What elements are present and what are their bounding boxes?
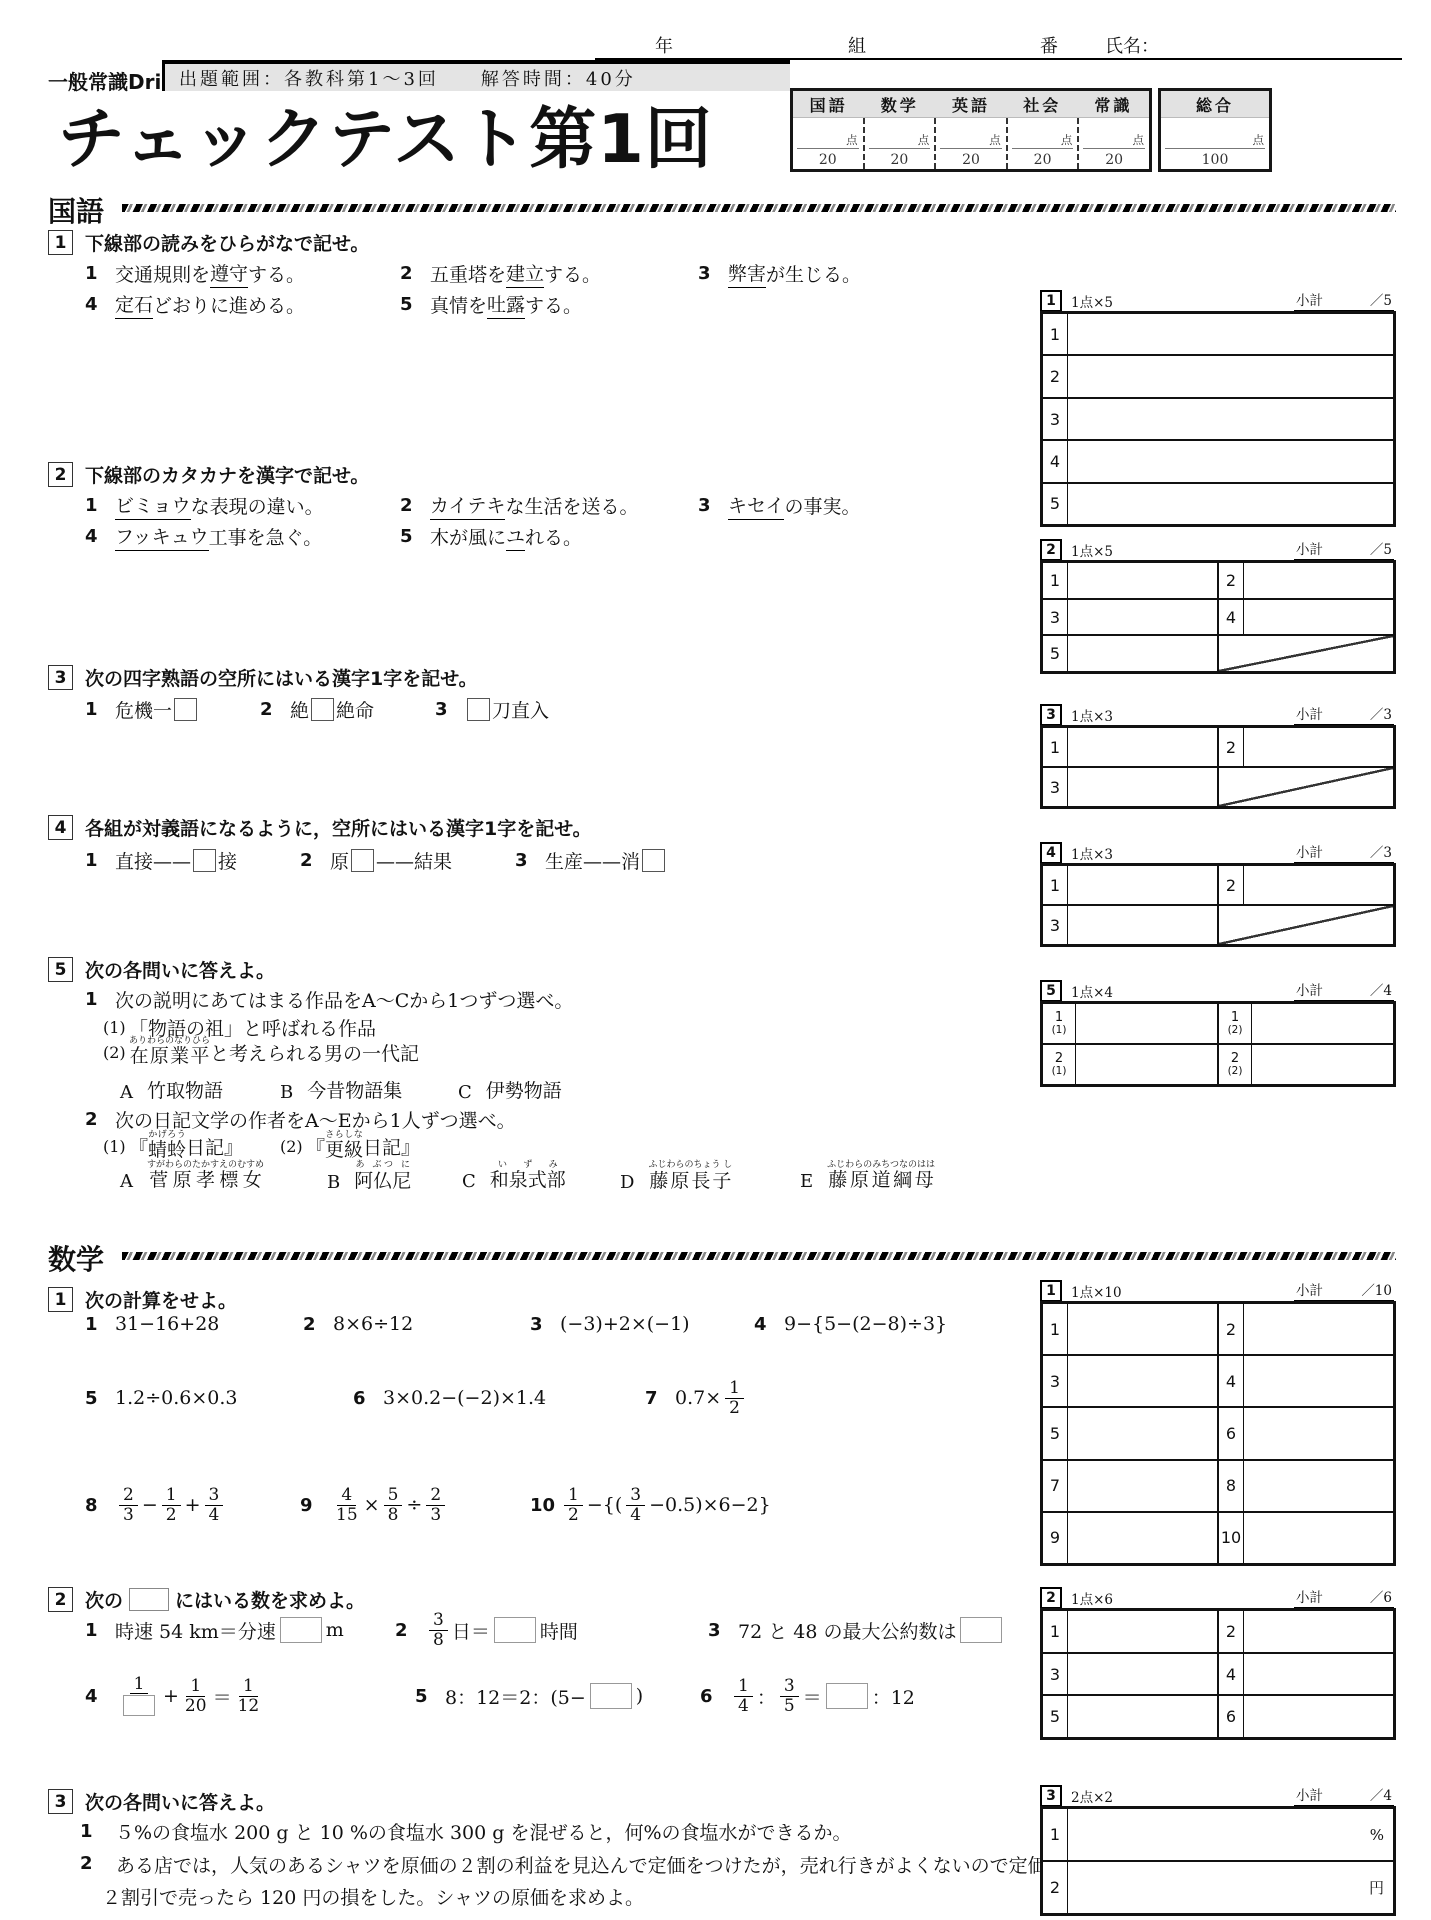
- answer-row: 2(1) 2(2): [1043, 1043, 1393, 1084]
- answer-row: 1 2: [1043, 1304, 1393, 1354]
- fraction: 12: [564, 1486, 583, 1524]
- question-item: 5真情を吐露する。: [400, 290, 582, 319]
- fraction: 58: [384, 1486, 403, 1524]
- text-run: 生産——消: [545, 847, 640, 874]
- choice: E藤原道綱母ふじわらのみちつなのはは: [800, 1160, 935, 1192]
- point-label: 点: [846, 132, 858, 148]
- item-number: 1: [85, 495, 115, 516]
- subtotal-label: 小計: [1296, 703, 1323, 723]
- answer-cell: [1252, 1004, 1393, 1043]
- answer-header-sugaku3: 3 2点×2 小計／4: [1040, 1786, 1396, 1806]
- subtotal-max: ／6: [1370, 1586, 1392, 1606]
- subtotal: 小計／4: [1294, 1784, 1394, 1806]
- choice-text: 竹取物語: [147, 1076, 223, 1103]
- item-text: 9−{5−(2−8)÷3}: [784, 1313, 947, 1335]
- answer-row: 1: [1043, 314, 1393, 354]
- item-number: 6: [353, 1388, 383, 1409]
- text-run: 1.2÷0.6×0.3: [115, 1387, 238, 1409]
- question-number-box: 1: [48, 230, 73, 255]
- subtotal-label: 小計: [1296, 1586, 1323, 1606]
- sub-prompt: 次の日記文学の作者をA～Eから1人ずつ選べ。: [115, 1106, 516, 1133]
- text-run: 0.7×: [675, 1387, 721, 1409]
- subject-max: 20: [1008, 152, 1078, 168]
- name-line: 年 組 番 氏名：: [595, 28, 1402, 60]
- subtotal: 小計／4: [1294, 979, 1394, 1001]
- class-label: 組: [848, 32, 866, 58]
- row-half: 2: [1217, 866, 1393, 904]
- answer-cell: [1068, 1356, 1217, 1406]
- answer-grid-kokugo4: 1 2 3: [1040, 863, 1396, 947]
- item-text: 木が風にユれる。: [430, 522, 582, 551]
- answer-cell: [1068, 1611, 1217, 1652]
- row-half: 10: [1217, 1513, 1393, 1563]
- row-half: 1: [1043, 563, 1217, 598]
- row-half: 3: [1043, 768, 1217, 806]
- answer-row: 1 2: [1043, 1611, 1393, 1652]
- item-number: 8: [85, 1495, 115, 1516]
- row-half: 5: [1043, 636, 1217, 671]
- item-text: 3×0.2−(−2)×1.4: [383, 1387, 546, 1409]
- question-number-box: 1: [48, 1287, 73, 1312]
- subtotal-max: ／4: [1370, 1784, 1392, 1804]
- row-label: 1(2): [1219, 1004, 1252, 1043]
- score-table-body: 点20 点20 点20 点20 点20: [793, 118, 1149, 169]
- answer-number-box: 1: [1040, 1280, 1062, 1302]
- answer-cell: [1068, 399, 1393, 439]
- kokugo-q1-header: 1 下線部の読みをひらがなで記せ。: [48, 229, 369, 256]
- math-item: 51.2÷0.6×0.3: [85, 1374, 238, 1422]
- item-number: 3: [698, 263, 728, 284]
- text-run: 31−16+28: [115, 1313, 219, 1335]
- ruby-text: 在原業平ありわらのなりひら: [129, 1036, 210, 1068]
- question-number-box: 3: [48, 665, 73, 690]
- answer-grid-kokugo3: 1 2 3: [1040, 725, 1396, 809]
- text-run: 危機一: [115, 696, 172, 723]
- underlined-text: フッキュウ: [115, 522, 209, 551]
- row-label: 1: [1043, 314, 1068, 354]
- text-run: 『: [129, 1133, 148, 1160]
- item-number: 4: [85, 1686, 115, 1707]
- row-label: 2: [1219, 1611, 1244, 1652]
- answer-cell: [1244, 600, 1393, 635]
- score-cell: 点20: [1006, 118, 1078, 169]
- choice-text: 藤原道綱母: [827, 1169, 935, 1191]
- answer-cell: [1244, 1611, 1393, 1652]
- unit-label: %: [1370, 1826, 1393, 1844]
- subject-max: 20: [865, 152, 935, 168]
- point-label: 点: [918, 132, 930, 148]
- row-label: 5: [1043, 1408, 1068, 1458]
- text-run: 72 と 48 の最大公約数は: [738, 1617, 956, 1644]
- fraction: 12: [725, 1379, 744, 1417]
- subtotal: 小計／3: [1294, 841, 1394, 863]
- row-label: 1: [1043, 728, 1068, 766]
- row-label: 1: [1043, 1304, 1068, 1354]
- question-number-box: 4: [48, 815, 73, 840]
- item-text: 415×58÷23: [330, 1486, 449, 1524]
- subject-label: 常識: [1078, 91, 1149, 117]
- blank-box: [193, 849, 216, 872]
- text-run: 日＝: [452, 1617, 490, 1644]
- item-text: カイテキな生活を送る。: [430, 491, 638, 520]
- question-prompt: 各組が対義語になるように，空所にはいる漢字1字を記せ。: [85, 814, 592, 841]
- item-text: 絶絶命: [290, 696, 374, 723]
- question-item: (1)『蜻蛉かげろう日記』: [103, 1130, 243, 1162]
- math-item: 1時速 54 km＝分速m: [85, 1606, 344, 1654]
- diagonal-cell: [1217, 906, 1393, 944]
- item-number: 4: [754, 1314, 784, 1335]
- ruby-text: 菅原孝標女すがわらのたかすえのむすめ: [147, 1160, 264, 1192]
- answer-number-box: 1: [1040, 290, 1062, 312]
- item-number: (1): [103, 1137, 129, 1156]
- answer-grid-kokugo5: 1(1) 1(2) 2(1) 2(2): [1040, 1001, 1396, 1087]
- row-label: 2: [1219, 1304, 1244, 1354]
- subtotal: 小計／5: [1294, 538, 1394, 560]
- answer-cell: [1076, 1045, 1217, 1084]
- subtotal: 小計／6: [1294, 1586, 1394, 1608]
- choice-label: E: [800, 1171, 813, 1192]
- answer-cell: [1244, 1654, 1393, 1695]
- item-text: ビミョウな表現の違い。: [115, 491, 324, 520]
- score-line: [940, 148, 1002, 149]
- underlined-text: ユ: [506, 522, 525, 551]
- item-number: 4: [85, 526, 115, 547]
- text-run: 絶: [290, 696, 309, 723]
- row-half: 2(1): [1043, 1045, 1217, 1084]
- item-number: 9: [300, 1495, 330, 1516]
- unit-label: 円: [1369, 1877, 1393, 1898]
- score-line: [797, 148, 859, 149]
- fraction: 1: [119, 1675, 159, 1718]
- question-item: 2カイテキな生活を送る。: [400, 491, 638, 520]
- answer-cell: [1068, 1696, 1217, 1737]
- item-text: 31−16+28: [115, 1313, 219, 1335]
- kokugo-q4-header: 4 各組が対義語になるように，空所にはいる漢字1字を記せ。: [48, 814, 592, 841]
- year-label: 年: [655, 32, 673, 58]
- subtotal-label: 小計: [1296, 1279, 1323, 1299]
- answer-row: 7 8: [1043, 1459, 1393, 1511]
- score-cell: 点20: [793, 118, 863, 169]
- number-label: 番: [1040, 32, 1058, 58]
- item-number: 2: [85, 1109, 115, 1130]
- item-text: 在原業平ありわらのなりひらと考えられる男の一代記: [129, 1036, 419, 1068]
- question-prompt: 下線部のカタカナを漢字で記せ。: [85, 461, 369, 488]
- answer-header-sugaku2: 2 1点×6 小計／6: [1040, 1588, 1396, 1608]
- subject-max: 20: [1079, 152, 1149, 168]
- choice: D藤原長子ふじわらのちょう し: [620, 1160, 732, 1193]
- sub-question: 1次の説明にあてはまる作品をA～Cから1つずつ選べ。: [85, 986, 573, 1013]
- choice: A竹取物語: [120, 1076, 223, 1103]
- total-max: 100: [1161, 152, 1269, 168]
- text-run: と考えられる男の一代記: [210, 1039, 419, 1066]
- item-number: 3: [515, 850, 545, 871]
- item-text: 14：35＝：12: [730, 1677, 915, 1715]
- row-label: 2(2): [1219, 1045, 1252, 1084]
- question-item: (2)『更級さらしな日記』: [280, 1130, 420, 1162]
- score-line: [1012, 148, 1074, 149]
- item-text: キセイの事実。: [728, 491, 860, 520]
- question-item: 3生産——消: [515, 845, 667, 875]
- item-number: 10: [530, 1495, 560, 1516]
- fraction: 34: [626, 1486, 645, 1524]
- answer-cell: [1244, 1304, 1393, 1354]
- answer-cell: [1068, 356, 1393, 396]
- item-text: 時速 54 km＝分速m: [115, 1617, 344, 1644]
- text-run: 木が風に: [430, 523, 506, 550]
- row-label: 1: [1043, 1611, 1068, 1652]
- text-run: 8×6÷12: [333, 1313, 413, 1335]
- math-word-item: 2 ある店では，人気のあるシャツを原価の２割の利益を見込んで定価をつけたが，売れ…: [80, 1850, 1080, 1915]
- score-cell: 点20: [934, 118, 1006, 169]
- answer-header-kokugo4: 4 1点×3 小計／3: [1040, 843, 1396, 863]
- subject-max: 20: [793, 152, 863, 168]
- answer-row: 2: [1043, 354, 1393, 396]
- diagonal-cell: [1217, 768, 1393, 806]
- row-half: 2: [1217, 1611, 1393, 1652]
- row-label: 2(1): [1043, 1045, 1076, 1084]
- text-run: する。: [525, 291, 582, 318]
- answer-cell: [1068, 906, 1217, 944]
- row-label: 4: [1219, 1654, 1244, 1695]
- row-label: 5: [1043, 484, 1068, 524]
- subtotal-label: 小計: [1296, 1784, 1323, 1804]
- math-item: 238日＝時間: [395, 1606, 578, 1654]
- subtotal-max: ／4: [1370, 979, 1392, 999]
- kokugo-q5-header: 5 次の各問いに答えよ。: [48, 956, 275, 983]
- row-label: 8: [1219, 1461, 1244, 1511]
- item-number: (1): [103, 1018, 129, 1037]
- item-number: 2: [395, 1620, 425, 1641]
- answer-row: 4: [1043, 439, 1393, 481]
- choice-label: C: [462, 1171, 476, 1192]
- text-run: 日記』: [186, 1133, 243, 1160]
- subtotal-max: ／3: [1370, 703, 1392, 723]
- text-run: 交通規則を: [115, 260, 210, 287]
- item-number: (2): [280, 1137, 306, 1156]
- blank-box: [351, 849, 374, 872]
- answer-row: 3 4: [1043, 598, 1393, 635]
- text-run: 五重塔を: [430, 260, 506, 287]
- answer-row: 2円: [1043, 1860, 1393, 1913]
- blank-box: [960, 1617, 1002, 1643]
- answer-cell: [1244, 1356, 1393, 1406]
- row-half: 3: [1043, 1654, 1217, 1695]
- text-run: ＝: [213, 1683, 232, 1710]
- text-run: ：12: [872, 1683, 915, 1710]
- ruby-text: 和泉式部いずみ: [490, 1160, 566, 1192]
- points-label: 1点×6: [1071, 1588, 1113, 1608]
- item-text: (−3)+2×(−1): [560, 1313, 690, 1335]
- row-half: 2: [1217, 563, 1393, 598]
- worksheet-page: 年 組 番 氏名： 一般常識Drill 出題範囲：各教科第1～3回 解答時間：4…: [0, 0, 1431, 1920]
- blank-box: [123, 1695, 155, 1716]
- choice-label: C: [458, 1082, 472, 1103]
- point-label: 点: [989, 132, 1001, 148]
- text-run: 8：12＝2：(5−: [445, 1683, 586, 1710]
- text-run: な生活を送る。: [505, 492, 638, 519]
- blank-box: [311, 698, 334, 721]
- text-run: する。: [544, 260, 601, 287]
- text-run: の事実。: [784, 492, 860, 519]
- kokugo-q2-header: 2 下線部のカタカナを漢字で記せ。: [48, 461, 369, 488]
- math-item: 63×0.2−(−2)×1.4: [353, 1374, 546, 1422]
- answer-cell: [1068, 1654, 1217, 1695]
- item-text: ある店では，人気のあるシャツを原価の２割の利益を見込んで定価をつけたが，売れ行き…: [102, 1850, 1080, 1915]
- choice: C伊勢物語: [458, 1076, 562, 1103]
- answer-number-box: 5: [1040, 980, 1062, 1002]
- row-half: 1: [1043, 1611, 1217, 1652]
- row-half: 4: [1217, 1654, 1393, 1695]
- row-half: 5: [1043, 1408, 1217, 1458]
- answer-cell: [1068, 636, 1217, 671]
- answer-header-kokugo1: 1 1点×5 小計／5: [1040, 291, 1396, 311]
- row-half: 1: [1043, 1304, 1217, 1354]
- item-text: 8×6÷12: [333, 1313, 413, 1335]
- choice-text: 菅原孝標女: [147, 1169, 264, 1191]
- question-number-box: 5: [48, 957, 73, 982]
- question-prompt: 下線部の読みをひらがなで記せ。: [85, 229, 369, 256]
- item-text: 生産——消: [545, 847, 667, 874]
- row-half: 4: [1217, 600, 1393, 635]
- row-label: 1(1): [1043, 1004, 1076, 1043]
- score-cell: 点20: [863, 118, 935, 169]
- row-label: 5: [1043, 1696, 1068, 1737]
- text-run: −0.5)×6−2}: [649, 1494, 771, 1516]
- subtotal-max: ／5: [1370, 289, 1392, 309]
- kokugo-q3-header: 3 次の四字熟語の空所にはいる漢字1字を記せ。: [48, 664, 478, 691]
- question-item: 3刀直入: [435, 694, 549, 724]
- row-label: 5: [1043, 636, 1068, 671]
- answer-cell: [1068, 728, 1217, 766]
- section-divider: [122, 204, 1396, 212]
- math-item: 1012−{(34−0.5)×6−2}: [530, 1481, 771, 1529]
- answer-cell: [1244, 1461, 1393, 1511]
- item-text: 『蜻蛉かげろう日記』: [129, 1130, 243, 1162]
- answer-header-kokugo5: 5 1点×4 小計／4: [1040, 981, 1396, 1001]
- choice: C和泉式部いずみ: [462, 1160, 566, 1192]
- item-text: 真情を吐露する。: [430, 290, 582, 319]
- answer-cell: [1244, 1513, 1393, 1563]
- text-run: −{(: [587, 1494, 622, 1516]
- answer-cell: [1068, 1461, 1217, 1511]
- score-table-total: 総合 点100: [1158, 88, 1272, 172]
- question-item: 5木が風にユれる。: [400, 522, 582, 551]
- text-run: ：: [757, 1683, 776, 1710]
- fraction: 415: [334, 1486, 360, 1524]
- answer-cell: [1252, 1045, 1393, 1084]
- fraction: 14: [734, 1677, 753, 1715]
- item-text: 交通規則を遵守する。: [115, 259, 305, 288]
- subtotal: 小計／10: [1294, 1279, 1394, 1301]
- text-run: する。: [248, 260, 305, 287]
- point-label: 点: [1061, 132, 1073, 148]
- text-run: 工事を急ぐ。: [209, 523, 323, 550]
- row-label: 2: [1043, 356, 1068, 396]
- question-item: 1交通規則を遵守する。: [85, 259, 305, 288]
- math-item: 41+120＝112: [85, 1668, 265, 1724]
- text-run: 3×0.2−(−2)×1.4: [383, 1387, 546, 1409]
- question-number-box: 2: [48, 462, 73, 487]
- answer-row: 1(1) 1(2): [1043, 1004, 1393, 1043]
- row-half: 8: [1217, 1461, 1393, 1511]
- item-number: 3: [698, 495, 728, 516]
- item-number: 2: [80, 1853, 115, 1874]
- underlined-text: カイテキ: [430, 491, 505, 520]
- question-item: 3キセイの事実。: [698, 491, 860, 520]
- subtotal-max: ／3: [1370, 841, 1392, 861]
- question-item: (2)在原業平ありわらのなりひらと考えられる男の一代記: [103, 1036, 419, 1068]
- total-body: 点100: [1161, 118, 1269, 169]
- score-table-subjects: 国語 数学 英語 社会 常識 点20 点20 点20 点20 点20: [790, 88, 1152, 172]
- item-number: 4: [85, 294, 115, 315]
- total-label: 総合: [1161, 91, 1269, 117]
- text-run: 真情を: [430, 291, 487, 318]
- subject-max: 20: [936, 152, 1006, 168]
- question-prompt: 次の各問いに答えよ。: [85, 1788, 275, 1815]
- subject-label: 数学: [864, 91, 935, 117]
- question-item: 4フッキュウ工事を急ぐ。: [85, 522, 322, 551]
- question-prompt: 次の四字熟語の空所にはいる漢字1字を記せ。: [85, 664, 478, 691]
- fraction: 12: [162, 1486, 181, 1524]
- text-run: 接: [218, 847, 237, 874]
- row-label: 3: [1043, 1654, 1068, 1695]
- answer-cell: [1068, 600, 1217, 635]
- row-half: 2: [1217, 1304, 1393, 1354]
- answer-row: 3: [1043, 397, 1393, 439]
- choice-text: 今昔物語集: [307, 1076, 402, 1103]
- point-label: 点: [1253, 132, 1265, 148]
- choice-label: B: [327, 1172, 340, 1193]
- row-half: 1(2): [1217, 1004, 1393, 1043]
- answer-row: 3 4: [1043, 1652, 1393, 1695]
- diagonal-cell: [1217, 636, 1393, 671]
- row-label: 3: [1043, 600, 1068, 635]
- row-half: 6: [1217, 1408, 1393, 1458]
- answer-number-box: 2: [1040, 1587, 1062, 1609]
- text-run: 刀直入: [492, 696, 549, 723]
- math-item: 28×6÷12: [303, 1304, 413, 1344]
- text-run: 『: [306, 1133, 325, 1160]
- answer-row: 3: [1043, 904, 1393, 944]
- item-text: 『更級さらしな日記』: [306, 1130, 420, 1162]
- answer-number-box: 2: [1040, 539, 1062, 561]
- item-text: 直接——接: [115, 847, 237, 874]
- question-prompt: 次の各問いに答えよ。: [85, 956, 275, 983]
- answer-cell: [1068, 441, 1393, 481]
- item-text: ５%の食塩水 200 g と 10 %の食塩水 300 g を混ぜると，何%の食…: [115, 1818, 852, 1845]
- score-line: [869, 148, 931, 149]
- subject-label: 国語: [793, 91, 864, 117]
- item-text: 五重塔を建立する。: [430, 259, 601, 288]
- sugaku-q3-header: 3 次の各問いに答えよ。: [48, 1788, 275, 1815]
- answer-row: 5 6: [1043, 1406, 1393, 1458]
- subject-label: 英語: [935, 91, 1006, 117]
- question-item: 1危機一: [85, 694, 199, 724]
- underlined-text: 遵守: [210, 259, 248, 288]
- underlined-text: キセイ: [728, 491, 784, 520]
- row-half: 7: [1043, 1461, 1217, 1511]
- text-run: ÷: [406, 1494, 422, 1516]
- row-label: 4: [1043, 441, 1068, 481]
- item-number: 1: [85, 989, 115, 1010]
- score-cell: 点20: [1077, 118, 1149, 169]
- row-label: 10: [1219, 1513, 1244, 1563]
- subtotal: 小計／3: [1294, 703, 1394, 725]
- answer-cell: [1244, 1696, 1393, 1737]
- text-run: m: [326, 1619, 344, 1641]
- fraction: 23: [426, 1486, 445, 1524]
- math-word-item: 1５%の食塩水 200 g と 10 %の食塩水 300 g を混ぜると，何%の…: [80, 1818, 852, 1845]
